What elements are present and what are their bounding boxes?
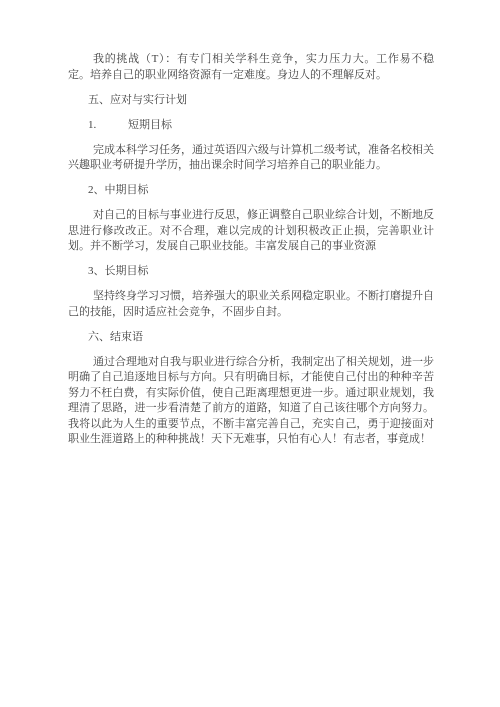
paragraph: 通过合理地对自我与职业进行综合分析，我制定出了相关规划，进一步明确了自己追逐地目… <box>68 355 434 448</box>
section-heading: 3、长期目标 <box>68 264 434 280</box>
list-number: 1. <box>88 118 128 134</box>
paragraph: 坚持终身学习习惯，培养强大的职业关系网稳定职业。不断打磨提升自己的技能，因时适应… <box>68 289 434 320</box>
heading-label: 短期目标 <box>128 119 172 131</box>
section-heading: 1.短期目标 <box>68 118 434 134</box>
document-body: 我的挑战（T）：有专门相关学科生竞争，实力压力大。工作易不稳定。培养自己的职业网… <box>68 52 434 448</box>
paragraph: 我的挑战（T）：有专门相关学科生竞争，实力压力大。工作易不稳定。培养自己的职业网… <box>68 52 434 83</box>
paragraph: 完成本科学习任务，通过英语四六级与计算机二级考试，准备名校相关兴趣职业考研提升学… <box>68 143 434 174</box>
section-heading: 2、中期目标 <box>68 183 434 199</box>
paragraph: 对自己的目标与事业进行反思，修正调整自己职业综合计划，不断地反思进行修改改正。对… <box>68 208 434 255</box>
document-page: 我的挑战（T）：有专门相关学科生竞争，实力压力大。工作易不稳定。培养自己的职业网… <box>0 0 500 707</box>
section-heading: 六、结束语 <box>68 330 434 346</box>
section-heading: 五、应对与实行计划 <box>68 93 434 109</box>
